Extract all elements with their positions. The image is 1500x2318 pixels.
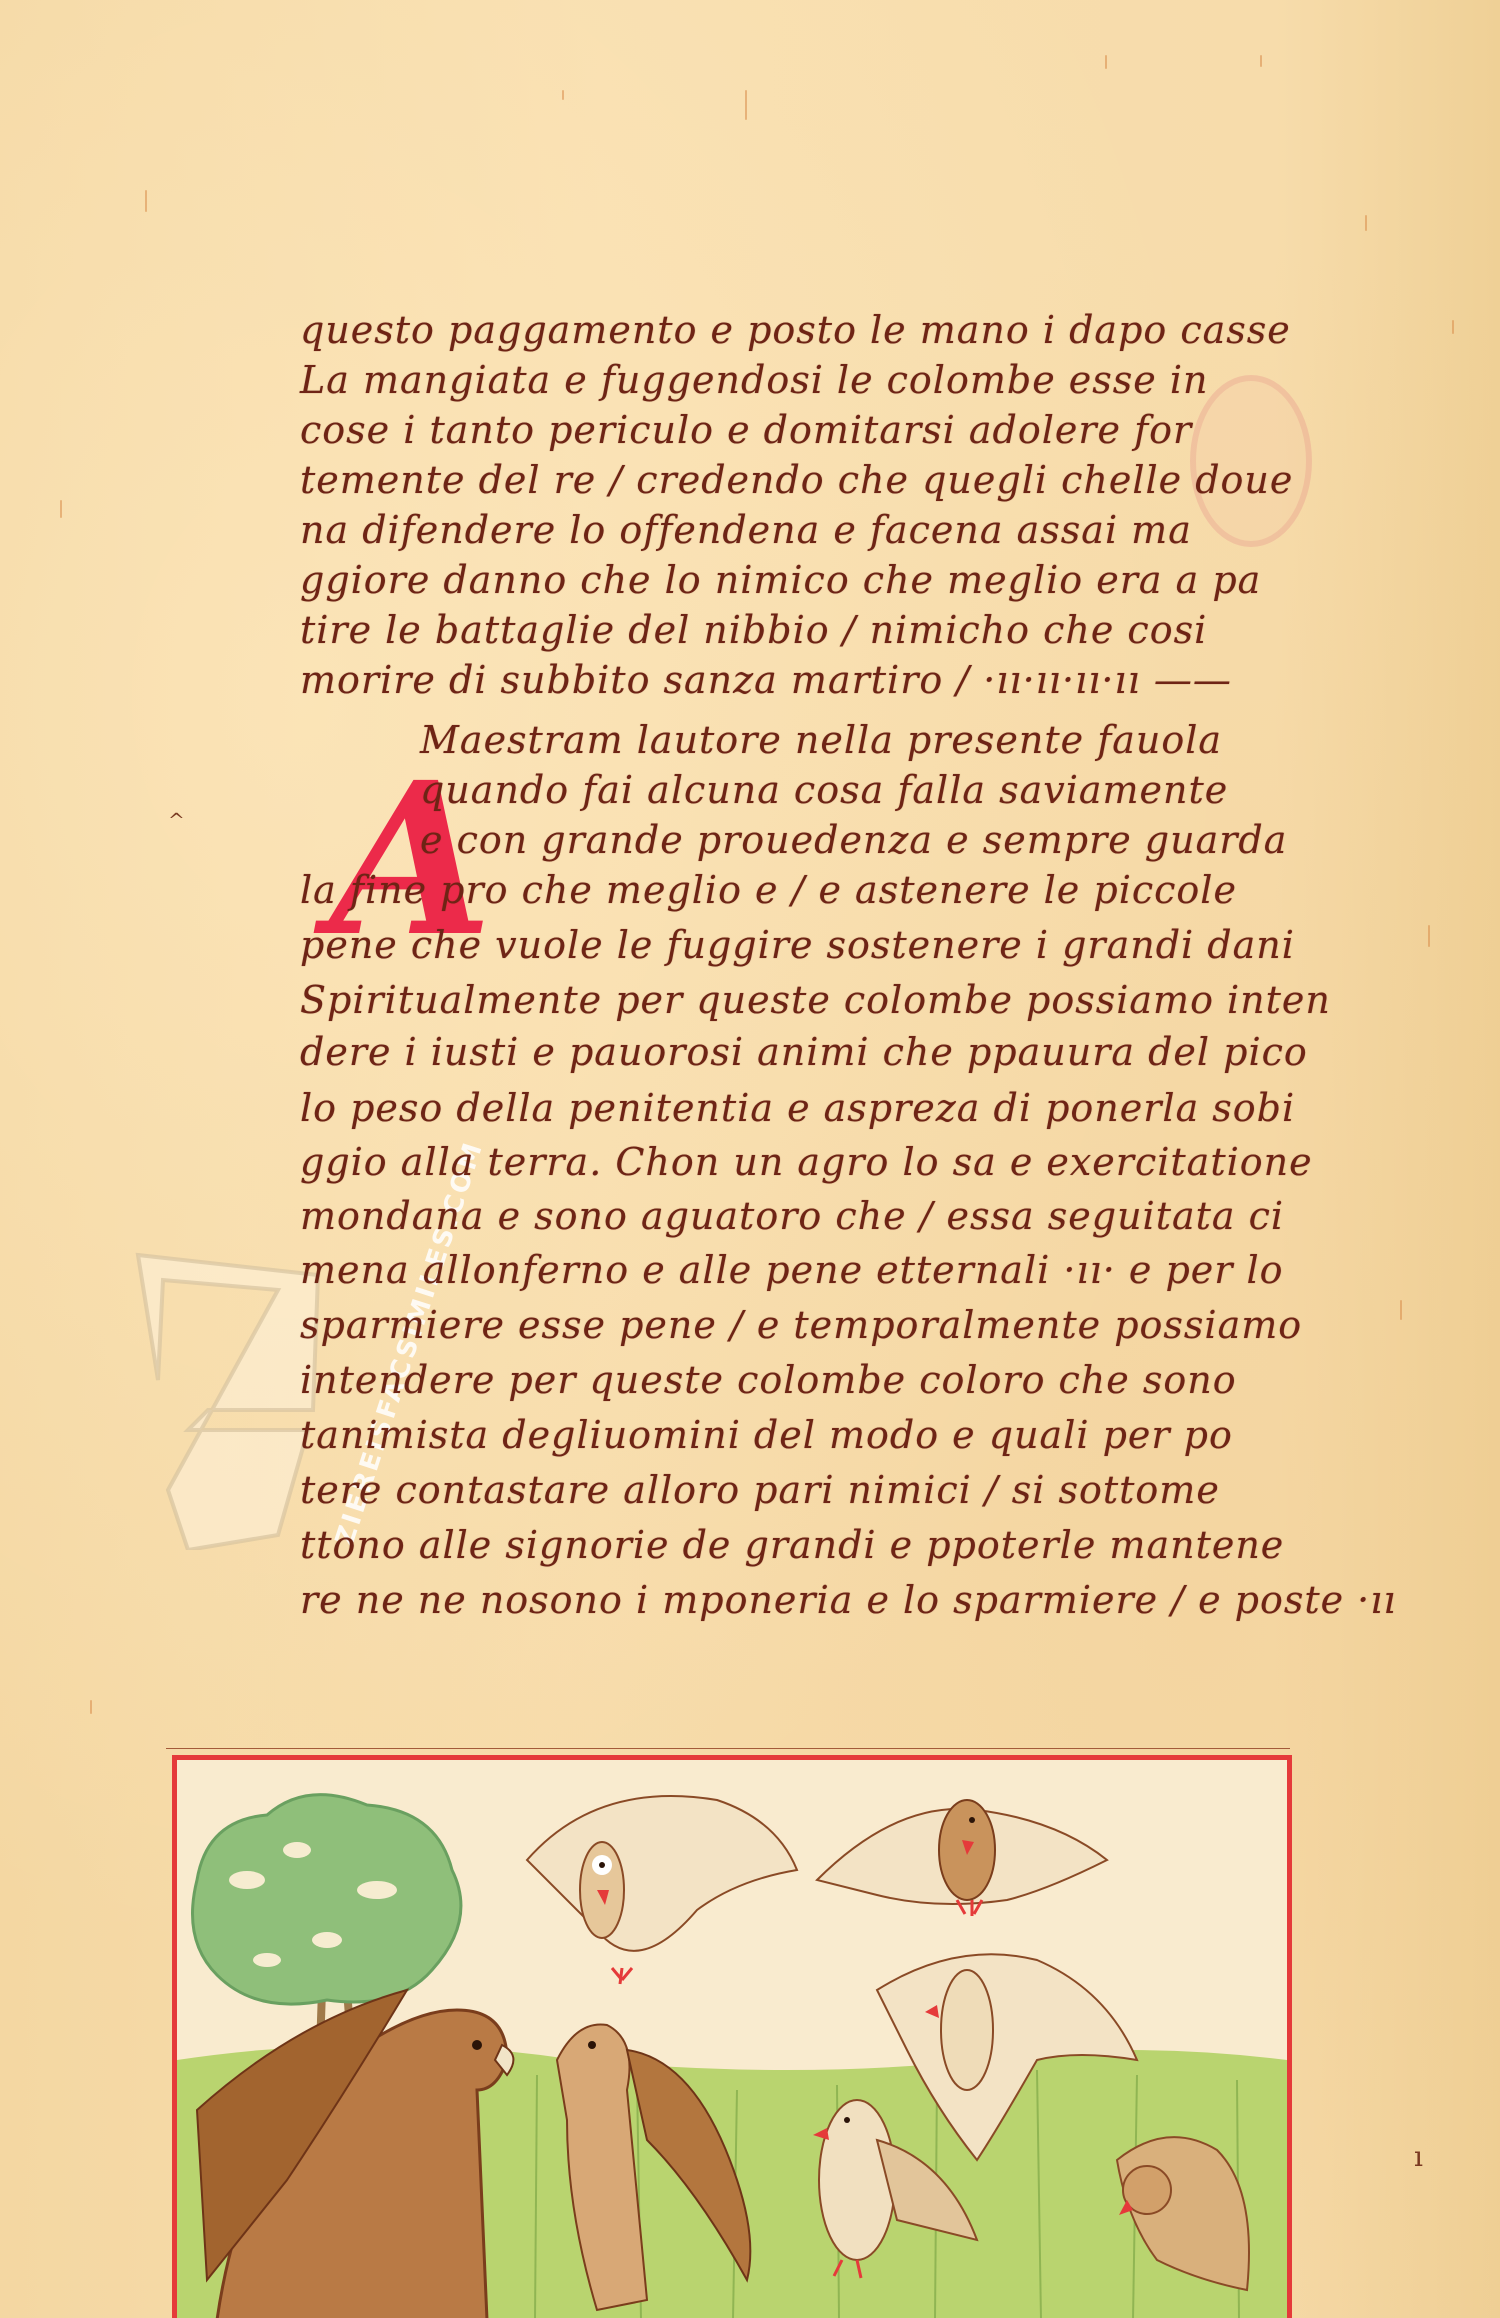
text-line: mena allonferno e alle pene etternali ·ı… <box>300 1240 1284 1300</box>
text-line: dere i iusti e pauorosi animi che ppauur… <box>300 1022 1308 1082</box>
text-line: lo peso della penitentia e aspreza di po… <box>300 1078 1295 1138</box>
text-line: tanimista degliuomini del modo e quali p… <box>300 1405 1233 1465</box>
text-line: sparmiere esse pene / e temporalmente po… <box>300 1295 1302 1355</box>
text-line: re ne ne nosono i mponeria e lo sparmier… <box>300 1570 1397 1630</box>
text-line: ttono alle signorie de grandi e ppoterle… <box>300 1515 1284 1575</box>
text-line: mondana e sono aguatoro che / essa segui… <box>300 1186 1284 1246</box>
text-line: Spiritualmente per queste colombe possia… <box>300 970 1331 1030</box>
text-line: tere contastare alloro pari nimici / si … <box>300 1460 1220 1520</box>
text-line: intendere per queste colombe coloro che … <box>300 1350 1237 1410</box>
illustration <box>172 1755 1292 2318</box>
text-line: morire di subbito sanza martiro / ·ıı·ıı… <box>300 650 1232 710</box>
text-line: pene che vuole le fuggire sostenere i gr… <box>300 915 1295 975</box>
margin-mark: ^ <box>168 808 185 832</box>
text-line: la fine pro che meglio e / e astenere le… <box>300 860 1237 920</box>
text-line: ggio alla terra. Chon un agro lo sa e ex… <box>300 1132 1313 1192</box>
margin-mark: ı <box>1414 2140 1423 2173</box>
